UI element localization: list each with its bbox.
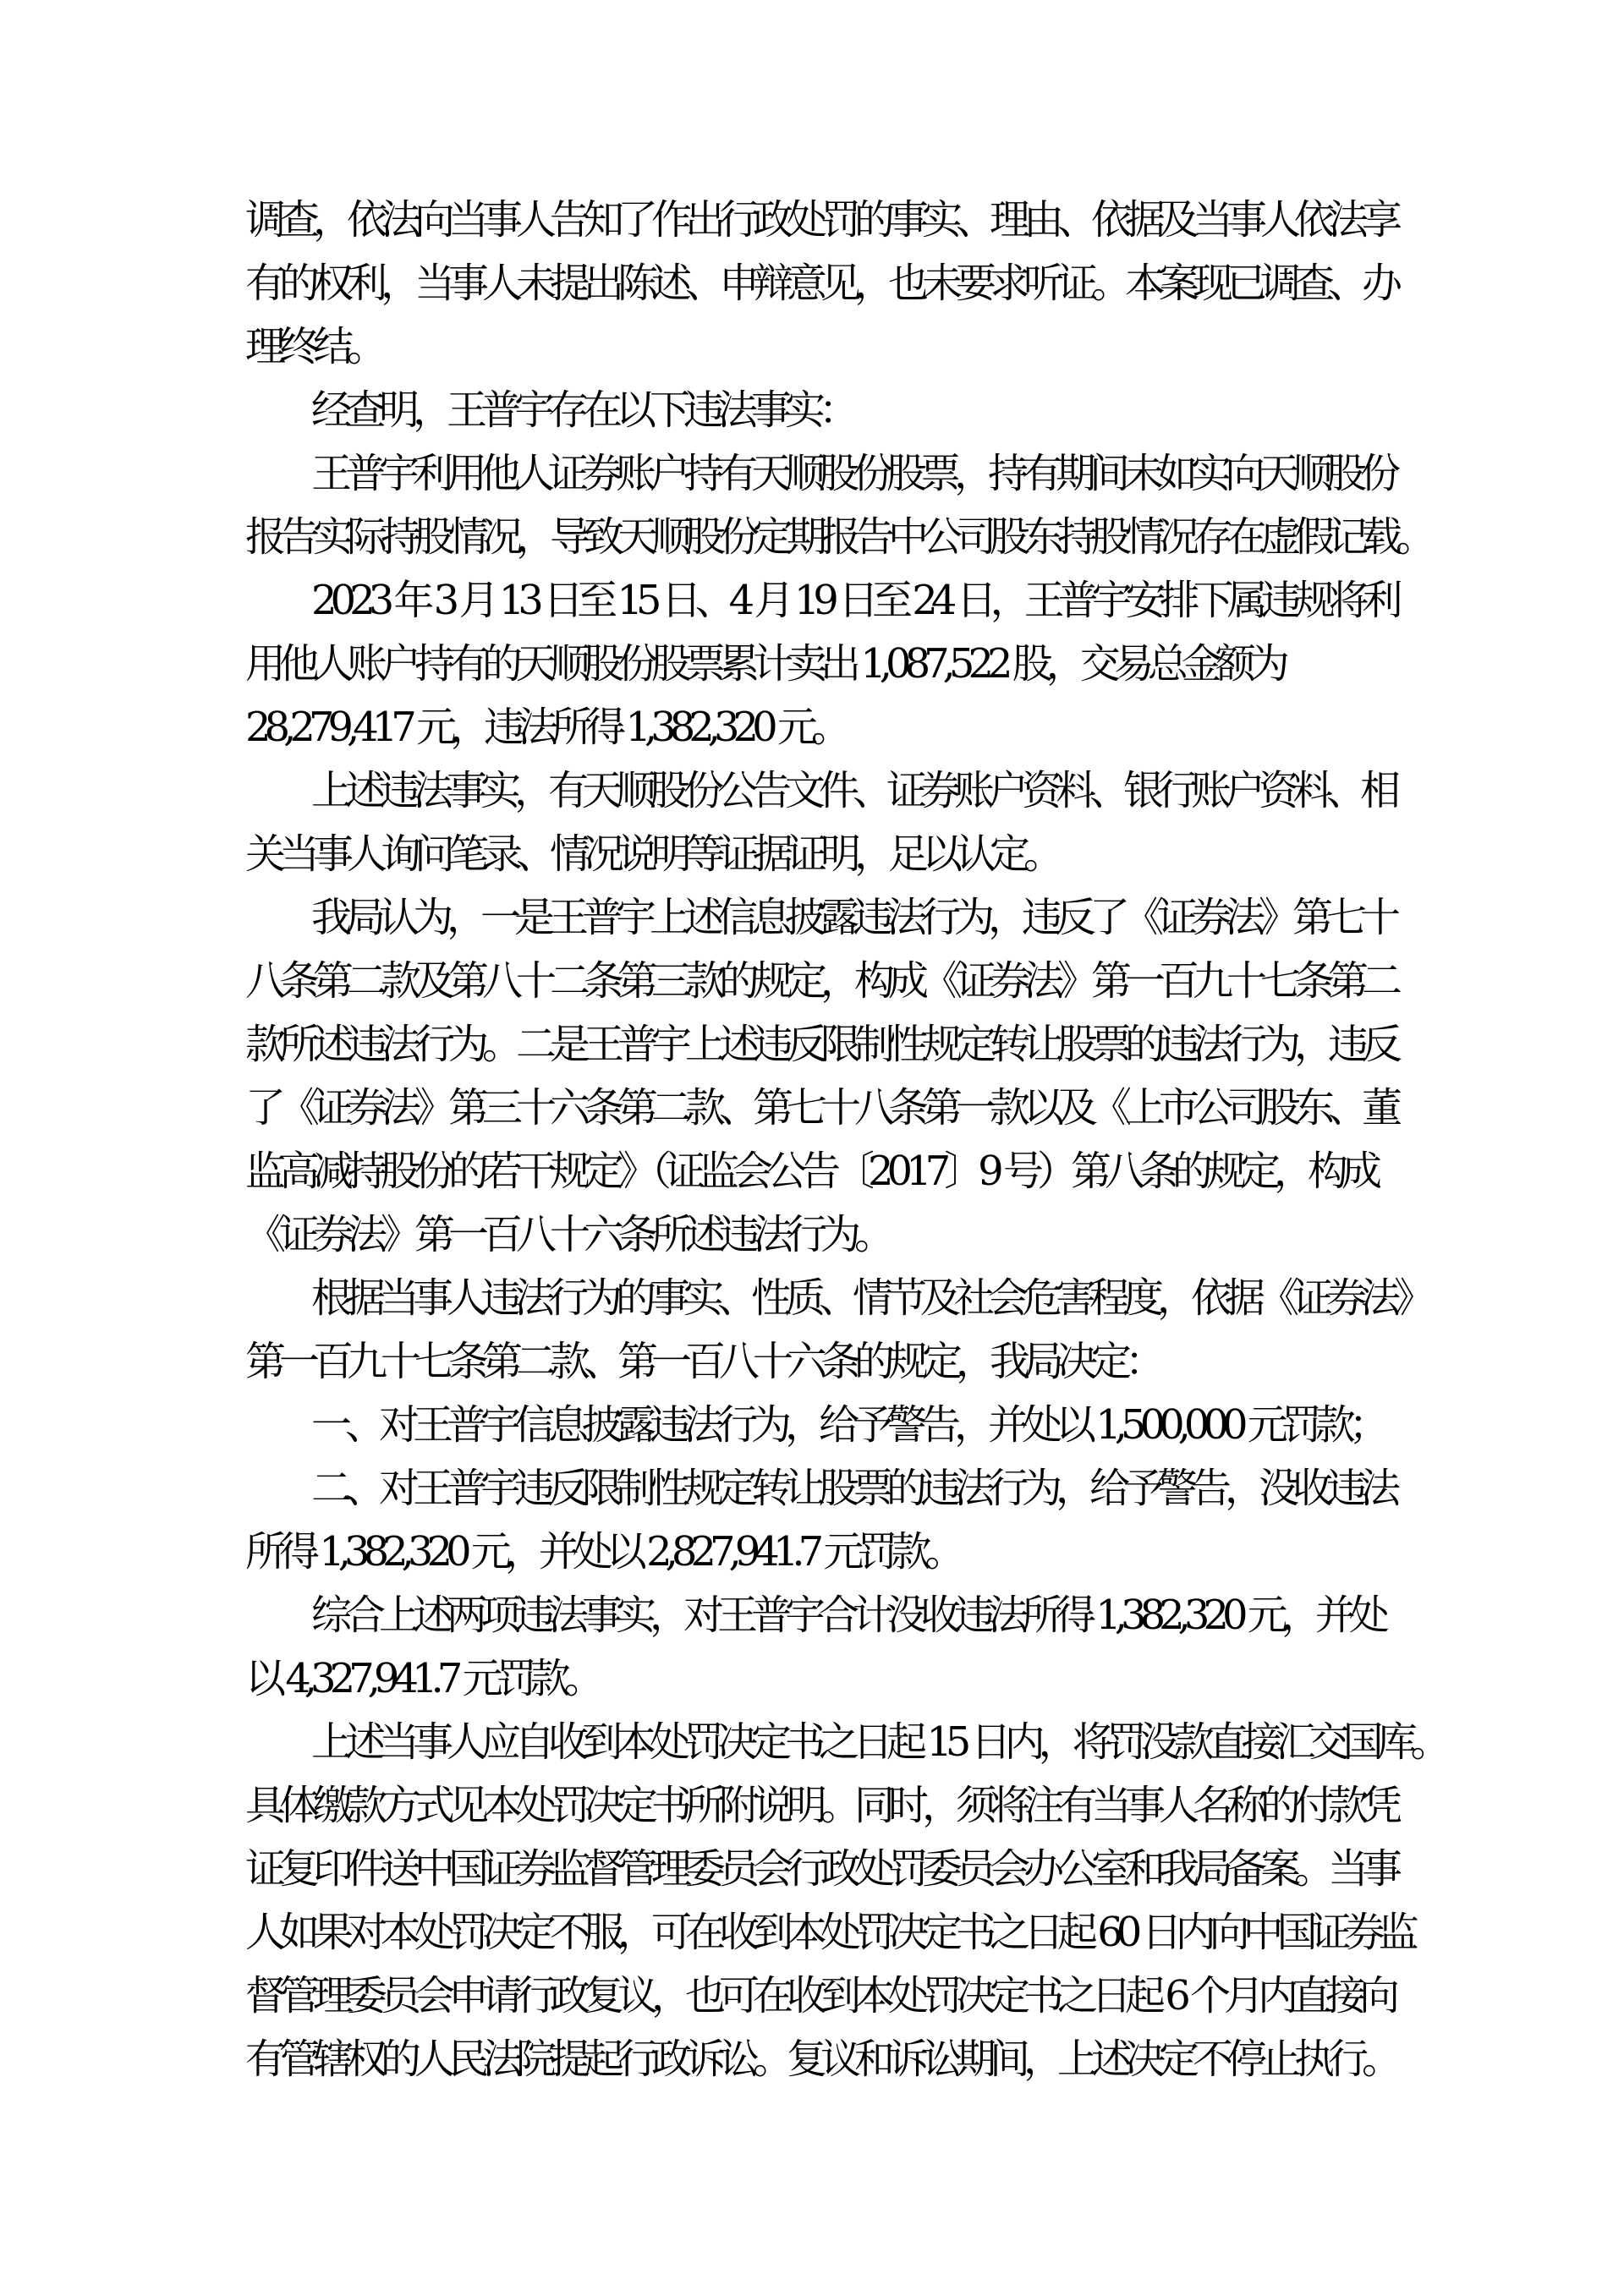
text-line: 人如果对本处罚决定不服，可在收到本处罚决定书之日起 60 日内向中国证券监: [245, 1901, 1383, 1964]
text-line: 上述当事人应自收到本处罚决定书之日起 15 日内，将罚没款直接汇交国库。: [245, 1711, 1383, 1774]
text-line: 具体缴款方式见本处罚决定书所附说明。同时，须将注有当事人名称的付款凭: [245, 1774, 1383, 1838]
text-line: 有管辖权的人民法院提起行政诉讼。复议和诉讼期间，上述决定不停止执行。: [245, 2028, 1383, 2091]
paragraph: 调查，依法向当事人告知了作出行政处罚的事实、理由、依据及当事人依法享 有的权利，…: [245, 189, 1383, 379]
text-line: 了《证券法》第三十六条第二款、第七十八条第一款以及《上市公司股东、董: [245, 1077, 1383, 1140]
text-line: 以 4,327,941.7 元罚款。: [245, 1647, 1383, 1711]
text-line: 证复印件送中国证券监督管理委员会行政处罚委员会办公室和我局备案。当事: [245, 1838, 1383, 1901]
text-line: 关当事人询问笔录、情况说明等证据证明，足以认定。: [245, 823, 1383, 886]
text-line: 王普宇利用他人证券账户持有天顺股份股票，持有期间未如实向天顺股份: [245, 442, 1383, 506]
text-line: 理终结。: [245, 315, 1383, 379]
paragraph: 综合上述两项违法事实，对王普宇合计没收违法所得 1,382,320 元，并处 以…: [245, 1584, 1383, 1711]
text-line: 所得 1,382,320 元，并处以 2,827,941.7 元罚款。: [245, 1521, 1383, 1584]
text-line: 监高减持股份的若干规定》（证监会公告〔2017〕9 号）第八条的规定，构成: [245, 1140, 1383, 1203]
text-line: 第一百九十七条第二款、第一百八十六条的规定，我局决定：: [245, 1330, 1383, 1394]
text-line: 经查明，王普宇存在以下违法事实：: [245, 379, 1383, 442]
text-line: 2023 年 3 月 13 日至 15 日、4 月 19 日至 24 日，王普宇…: [245, 569, 1383, 633]
paragraph: 经查明，王普宇存在以下违法事实：: [245, 379, 1383, 442]
paragraph: 二、对王普宇违反限制性规定转让股票的违法行为，给予警告，没收违法 所得 1,38…: [245, 1457, 1383, 1584]
text-line: 用他人账户持有的天顺股份股票累计卖出 1,087,522 股，交易总金额为: [245, 633, 1383, 696]
paragraph: 上述违法事实，有天顺股份公告文件、证券账户资料、银行账户资料、相 关当事人询问笔…: [245, 759, 1383, 886]
text-line: 八条第二款及第八十二条第三款的规定，构成《证券法》第一百九十七条第二: [245, 950, 1383, 1013]
paragraph: 王普宇利用他人证券账户持有天顺股份股票，持有期间未如实向天顺股份 报告实际持股情…: [245, 442, 1383, 569]
paragraph: 根据当事人违法行为的事实、性质、情节及社会危害程度，依据《证券法》 第一百九十七…: [245, 1267, 1383, 1394]
text-line: 上述违法事实，有天顺股份公告文件、证券账户资料、银行账户资料、相: [245, 759, 1383, 823]
text-line: 款所述违法行为。二是王普宇上述违反限制性规定转让股票的违法行为，违反: [245, 1013, 1383, 1077]
text-line: 调查，依法向当事人告知了作出行政处罚的事实、理由、依据及当事人依法享: [245, 189, 1383, 252]
paragraph: 一、对王普宇信息披露违法行为，给予警告，并处以 1,500,000 元罚款；: [245, 1394, 1383, 1457]
paragraph: 2023 年 3 月 13 日至 15 日、4 月 19 日至 24 日，王普宇…: [245, 569, 1383, 759]
text-line: 一、对王普宇信息披露违法行为，给予警告，并处以 1,500,000 元罚款；: [245, 1394, 1383, 1457]
text-line: 二、对王普宇违反限制性规定转让股票的违法行为，给予警告，没收违法: [245, 1457, 1383, 1521]
document-body: 调查，依法向当事人告知了作出行政处罚的事实、理由、依据及当事人依法享 有的权利，…: [245, 189, 1383, 2091]
text-line: 综合上述两项违法事实，对王普宇合计没收违法所得 1,382,320 元，并处: [245, 1584, 1383, 1647]
text-line: 28,279,417 元，违法所得 1,382,320 元。: [245, 696, 1383, 759]
paragraph: 上述当事人应自收到本处罚决定书之日起 15 日内，将罚没款直接汇交国库。 具体缴…: [245, 1711, 1383, 2091]
text-line: 有的权利，当事人未提出陈述、申辩意见，也未要求听证。本案现已调查、办: [245, 252, 1383, 315]
paragraph: 我局认为，一是王普宇上述信息披露违法行为，违反了《证券法》第七十 八条第二款及第…: [245, 886, 1383, 1267]
text-line: 《证券法》第一百八十六条所述违法行为。: [245, 1203, 1383, 1267]
text-line: 我局认为，一是王普宇上述信息披露违法行为，违反了《证券法》第七十: [245, 886, 1383, 950]
text-line: 督管理委员会申请行政复议，也可在收到本处罚决定书之日起 6 个月内直接向: [245, 1964, 1383, 2028]
text-line: 报告实际持股情况，导致天顺股份定期报告中公司股东持股情况存在虚假记载。: [245, 506, 1383, 569]
text-line: 根据当事人违法行为的事实、性质、情节及社会危害程度，依据《证券法》: [245, 1267, 1383, 1330]
document-page: 调查，依法向当事人告知了作出行政处罚的事实、理由、依据及当事人依法享 有的权利，…: [0, 0, 1624, 2296]
